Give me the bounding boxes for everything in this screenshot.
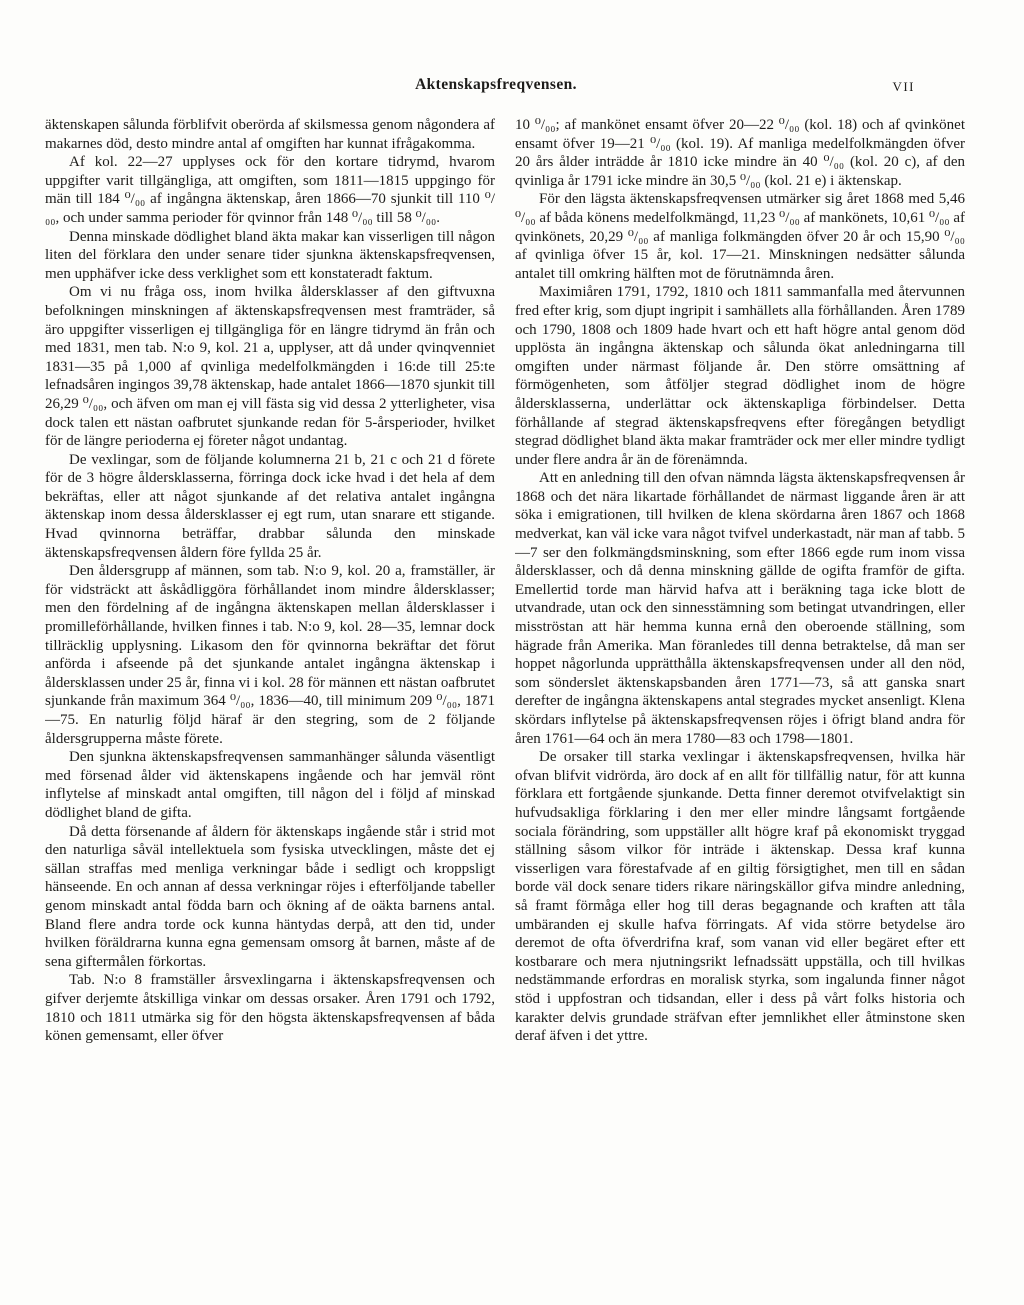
paragraph: De orsaker till starka vexlingar i äkten… [515,748,965,1046]
paragraph: För den lägsta äktenskapsfreqvensen utmä… [515,190,965,283]
page-number: VII [892,79,915,95]
running-header: Aktenskapsfreqvensen. VII [45,76,965,98]
paragraph: Tab. N:o 8 framställer årsvexlingarna i … [45,971,495,1045]
paragraph: Den sjunkna äktenskapsfreqvensen sammanh… [45,748,495,822]
paragraph: De vexlingar, som de följande kolumnerna… [45,451,495,563]
paragraph: Den åldersgrupp af männen, som tab. N:o … [45,562,495,748]
paragraph: äktenskapen sålunda förblifvit oberörda … [45,116,495,153]
page-title: Aktenskapsfreqvensen. [415,76,577,94]
paragraph: Då detta försenande af åldern för äktens… [45,823,495,972]
left-column: äktenskapen sålunda förblifvit oberörda … [45,116,495,1206]
paragraph: Af kol. 22—27 upplyses ock för den korta… [45,153,495,227]
paragraph: Denna minskade dödlighet bland äkta maka… [45,228,495,284]
paragraph: 10 ⁰/₀₀; af mankönet ensamt öfver 20—22 … [515,116,965,190]
right-column: 10 ⁰/₀₀; af mankönet ensamt öfver 20—22 … [515,116,965,1206]
text-columns: äktenskapen sålunda förblifvit oberörda … [45,116,965,1206]
paragraph: Maximiåren 1791, 1792, 1810 och 1811 sam… [515,283,965,469]
paragraph: Om vi nu fråga oss, inom hvilka ålderskl… [45,283,495,450]
document-page: Aktenskapsfreqvensen. VII äktenskapen så… [0,0,1024,1305]
paragraph: Att en anledning till den ofvan nämnda l… [515,469,965,748]
